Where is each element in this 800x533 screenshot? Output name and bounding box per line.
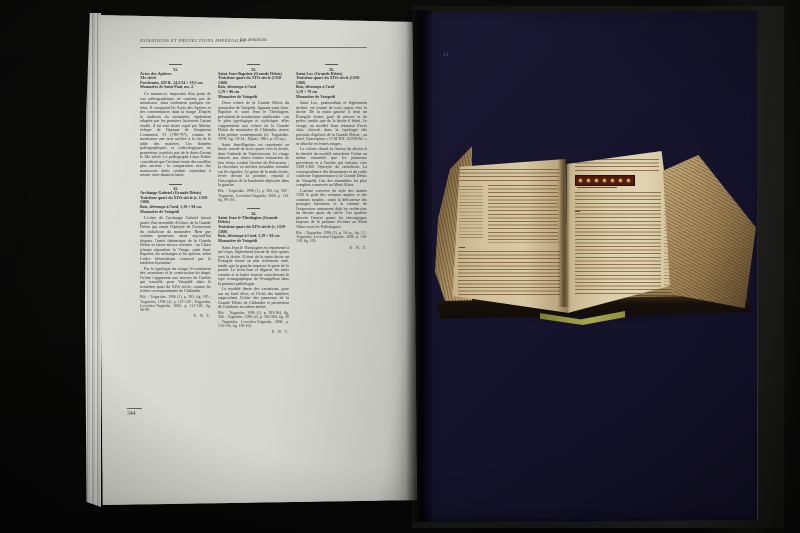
page-header: DONATIONS ET PROTECTIONS IMPÉRIALES Les … [140, 38, 367, 48]
entry-bibliography: Bib. : Tsigaridas, 1996 (2), p. 16 sq., … [296, 231, 367, 244]
entry-bibliography: Bib. : Tsigaridas, 1996 (1), p. 583, fig… [218, 189, 289, 202]
entry-header: 32.Archange Gabriel (Grande Déisis)Trois… [140, 184, 211, 215]
entry-paragraph: Le modelé dense des carnations, posé sur… [218, 287, 289, 310]
entry-author-initials: E. N. T. [296, 245, 367, 250]
rubric-mark [459, 247, 465, 248]
entry-meta-line: Monastère de Vatopédi [140, 210, 211, 215]
running-title: Les donations [240, 38, 267, 43]
manuscript-fore-edges-right [663, 155, 756, 313]
entry-number-rule [169, 64, 182, 65]
entry-header: 34.Saint Jean le Théologien (Grande Déis… [218, 208, 289, 243]
entry-header: 33.Saint Jean-Baptiste (Grande Déisis)Tr… [218, 64, 289, 99]
catalogue-columns: 31.Actes des ApôtresXIe siècleParchemin,… [140, 64, 367, 424]
entry-bibliography: Bib. : Tsigaridas, 1996 (1), p. 583, fig… [140, 295, 211, 312]
script-lines [488, 185, 558, 243]
entry-meta-line: Monastère de Vatopédi [296, 95, 367, 100]
section-title: DONATIONS ET PROTECTIONS IMPÉRIALES [140, 38, 245, 43]
entry-paragraph: Saint Luc, psalmodiant et légèrement inc… [296, 101, 367, 146]
entry-meta-line: Monastère de Saint-Paul, ms. 2. [140, 85, 211, 90]
left-page-fore-edge [85, 13, 101, 507]
manuscript-gutter-shadow [558, 155, 570, 307]
entry-header: 31.Actes des ApôtresXIe siècleParchemin,… [140, 64, 211, 90]
rubric-line [577, 187, 617, 188]
text-block: DONATIONS ET PROTECTIONS IMPÉRIALES Les … [140, 38, 367, 438]
left-text-page: DONATIONS ET PROTECTIONS IMPÉRIALES Les … [95, 10, 417, 508]
script-lines [458, 251, 560, 295]
entry-paragraph: Saint Jean le Théologien est représenté … [218, 246, 289, 287]
entry-number-rule [325, 64, 338, 65]
folio-rule [127, 408, 142, 409]
folio-number: 344 [127, 411, 142, 417]
manuscript-photo [435, 115, 760, 340]
entry-paragraph: Le coloris chaud, la finesse du dessin e… [296, 147, 367, 188]
entry-paragraph: L'artiste conserve du style des années 1… [296, 189, 367, 230]
rubric-mark [575, 211, 580, 212]
illuminated-headpiece [575, 175, 635, 186]
catalogue-column-1: 31.Actes des ApôtresXIe siècleParchemin,… [140, 64, 211, 424]
script-lines [575, 192, 661, 294]
entry-paragraph: L'icône de l'archange Gabriel faisait pa… [140, 216, 211, 266]
entry-number-rule [247, 208, 260, 209]
entry-paragraph: Deux icônes de la Grande Déisis du monas… [218, 101, 289, 142]
script-lines [575, 159, 659, 171]
entry-paragraph: Saint Jean-Baptiste est représenté en bu… [218, 143, 289, 188]
entry-paragraph: Ce manuscrit, important d'un point de vu… [140, 92, 211, 178]
folio-block: 344 [127, 408, 142, 417]
plate-number: 31 [443, 53, 449, 58]
entry-meta-line: Monastère de Vatopédi [218, 95, 289, 100]
entry-number-rule [247, 64, 260, 65]
entry-meta-line: Monastère de Vatopédi [218, 239, 289, 244]
entry-author-initials: E. N. T. [140, 313, 211, 318]
entry-paragraph: Par la typologie du visage, le traitemen… [140, 267, 211, 294]
catalogue-column-3: 35.Saint Luc (Grande Déisis)Troisième qu… [296, 64, 367, 424]
script-lines [459, 169, 559, 181]
header-rule [140, 47, 367, 48]
script-lines [459, 186, 483, 240]
catalogue-column-2: 33.Saint Jean-Baptiste (Grande Déisis)Tr… [218, 64, 289, 424]
book-gutter-shadow [406, 10, 432, 522]
entry-bibliography: Bib. : Tsigaridas, 1996 (1), p. 583-584,… [218, 311, 289, 328]
entry-header: 35.Saint Luc (Grande Déisis)Troisième qu… [296, 64, 367, 99]
entry-number-rule [169, 184, 182, 185]
entry-author-initials: E. N. T. [218, 329, 289, 334]
manuscript-left-leaf [449, 159, 569, 313]
